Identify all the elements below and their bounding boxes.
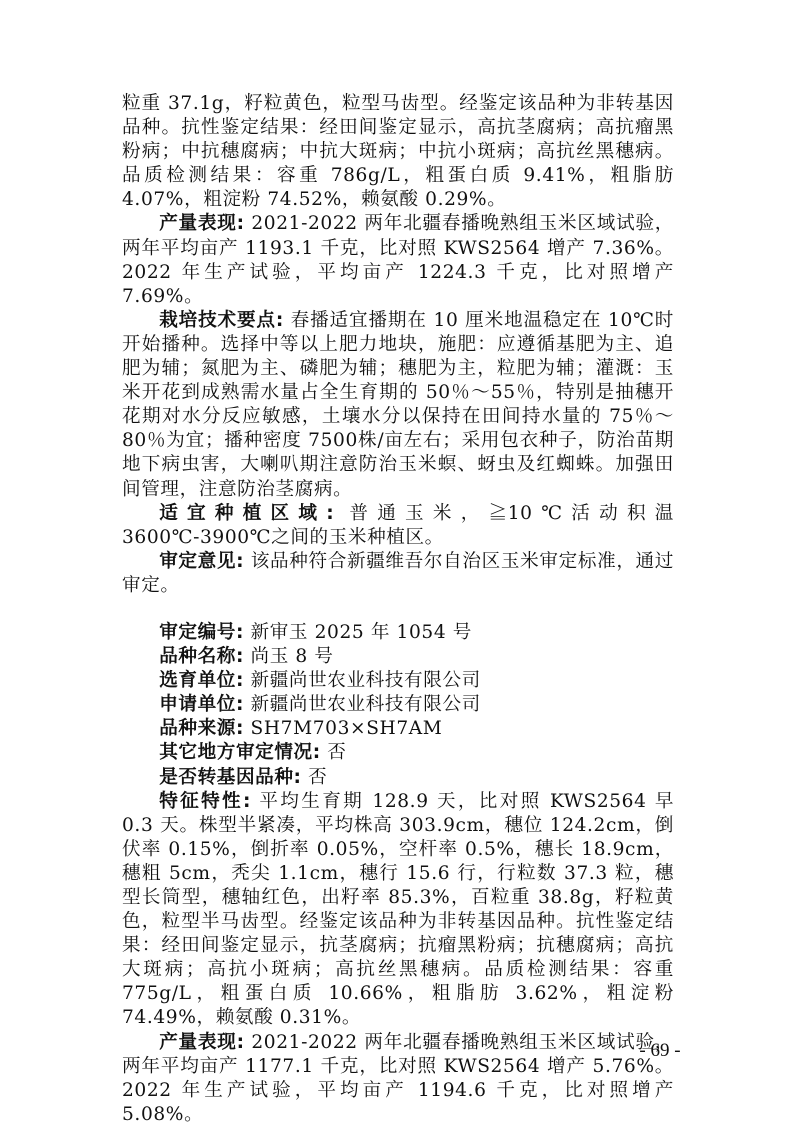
field-value: 新疆尚世农业科技有限公司	[244, 694, 481, 715]
yield-paragraph: 产量表现: 2021-2022 两年北疆春播晚熟组玉米区域试验，两年平均亩产 1…	[122, 1031, 674, 1122]
field-applicant: 申请单位: 新疆尚世农业科技有限公司	[122, 693, 674, 717]
field-value: 尚玉 8 号	[244, 646, 334, 667]
field-pedigree: 品种来源: SH7M703×SH7AM	[122, 717, 674, 741]
document-page: 粒重 37.1g，籽粒黄色，粒型马齿型。经鉴定该品种为非转基因品种。抗性鉴定结果…	[122, 92, 674, 1122]
field-value: SH7M703×SH7AM	[244, 718, 442, 739]
region-paragraph: 适宜种植区域: 普通玉米，≧10℃活动积温 3600℃-3900℃之间的玉米种植…	[122, 502, 674, 550]
traits-label: 特征特性:	[159, 791, 251, 812]
field-label: 审定编号:	[159, 622, 244, 643]
page-number: - 69 -	[600, 1040, 720, 1062]
opinion-label: 审定意见:	[159, 551, 244, 572]
cultivation-paragraph: 栽培技术要点: 春播适宜播期在 10 厘米地温稳定在 10℃时开始播种。选择中等…	[122, 309, 674, 502]
yield-paragraph-prev: 产量表现: 2021-2022 两年北疆春播晚熟组玉米区域试验，两年平均亩产 1…	[122, 212, 674, 308]
traits-text: 平均生育期 128.9 天，比对照 KWS2564 早 0.3 天。株型半紧凑，…	[122, 791, 674, 1029]
cultivation-text: 春播适宜播期在 10 厘米地温稳定在 10℃时开始播种。选择中等以上肥力地块，施…	[122, 310, 674, 500]
field-label: 其它地方审定情况:	[159, 742, 321, 763]
field-label: 申请单位:	[159, 694, 244, 715]
traits-continued-paragraph: 粒重 37.1g，籽粒黄色，粒型马齿型。经鉴定该品种为非转基因品种。抗性鉴定结果…	[122, 92, 674, 212]
cultivation-label: 栽培技术要点:	[159, 310, 284, 331]
field-value: 否	[321, 742, 347, 763]
field-gmo: 是否转基因品种: 否	[122, 766, 674, 790]
yield-label: 产量表现:	[159, 1032, 245, 1053]
field-label: 是否转基因品种:	[159, 767, 301, 788]
field-other-approvals: 其它地方审定情况: 否	[122, 741, 674, 765]
yield-label: 产量表现:	[159, 213, 245, 234]
field-variety-name: 品种名称: 尚玉 8 号	[122, 645, 674, 669]
field-label: 品种来源:	[159, 718, 244, 739]
field-value: 新审玉 2025 年 1054 号	[244, 622, 472, 643]
field-label: 选育单位:	[159, 670, 244, 691]
field-label: 品种名称:	[159, 646, 244, 667]
field-approval-number: 审定编号: 新审玉 2025 年 1054 号	[122, 621, 674, 645]
region-label: 适宜种植区域:	[159, 503, 334, 524]
field-value: 否	[302, 767, 328, 788]
field-value: 新疆尚世农业科技有限公司	[244, 670, 481, 691]
section-gap	[122, 598, 674, 621]
opinion-paragraph: 审定意见: 该品种符合新疆维吾尔自治区玉米审定标准，通过审定。	[122, 550, 674, 598]
field-breeder: 选育单位: 新疆尚世农业科技有限公司	[122, 669, 674, 693]
traits-paragraph: 特征特性: 平均生育期 128.9 天，比对照 KWS2564 早 0.3 天。…	[122, 790, 674, 1031]
